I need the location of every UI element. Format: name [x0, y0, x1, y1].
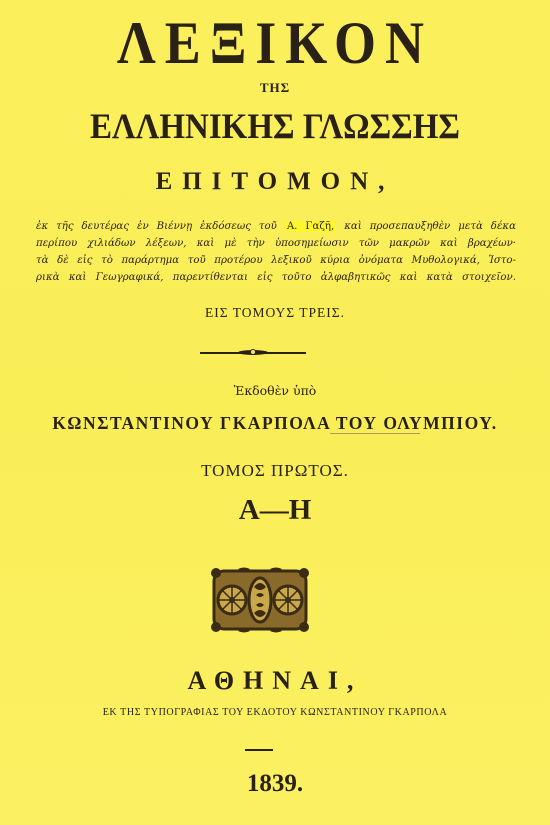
author-name: ΚΩΝΣΤΑΝΤΙΝΟΥ ΓΚΑΡΠΟΛΑ ΤΟΥ ΟΛΥΜΠΙΟΥ.: [0, 413, 550, 434]
book-subtitle: ΕΛΛΗΝΙΚΗΣ ΓΛΩΣΣΗΣ: [0, 107, 550, 148]
description-line-3: τὰ δὲ εἰς τὸ παράρτημα τοῦ προτέρου λεξι…: [36, 252, 516, 269]
book-title: ΛΕΞΙΚΟΝ: [0, 8, 550, 77]
short-rule: [245, 749, 273, 751]
author-underline: [330, 433, 420, 434]
letter-range: Α—Η: [0, 494, 550, 527]
printer-imprint: ΕΚ ΤΗΣ ΤΥΠΟΓΡΑΦΙΑΣ ΤΟΥ ΕΚΔΟΤΟΥ ΚΩΝΣΤΑΝΤΙ…: [0, 707, 550, 718]
description-line-1: ἐκ τῆς δευτέρας ἐν Βιέννῃ ἐκδόσεως τοῦ Α…: [36, 218, 516, 235]
printers-fleuron-icon: [208, 565, 312, 635]
edited-by-label: Ἐκδοθὲν ὑπὸ: [0, 383, 550, 398]
volumes-count: ΕΙΣ ΤΟΜΟΥΣ ΤΡΕΙΣ.: [0, 305, 550, 321]
edition-type: ΕΠΙΤΟΜΟΝ,: [0, 168, 550, 196]
title-page: ΛΕΞΙΚΟΝ ΤΗΣ ΕΛΛΗΝΙΚΗΣ ΓΛΩΣΣΗΣ ΕΠΙΤΟΜΟΝ, …: [0, 0, 550, 825]
highlighted-name: Α. Γαζῆ,: [285, 221, 336, 232]
publication-year: 1839.: [0, 770, 550, 798]
title-article: ΤΗΣ: [0, 80, 550, 96]
description-paragraph: ἐκ τῆς δευτέρας ἐν Βιέννῃ ἐκδόσεως τοῦ Α…: [36, 218, 516, 286]
volume-number: ΤΟΜΟΣ ΠΡΩΤΟΣ.: [0, 461, 550, 481]
description-line-2: περίπου χιλιάδων λέξεων, καὶ μὲ τὴν ὑποσ…: [36, 235, 516, 252]
rule-ornament-dot: [250, 349, 256, 355]
description-line-4: ρικὰ καὶ Γεωγραφικά, παρεντίθενται εἰς τ…: [36, 269, 516, 286]
publication-city: ΑΘΗΝΑΙ,: [0, 666, 550, 696]
